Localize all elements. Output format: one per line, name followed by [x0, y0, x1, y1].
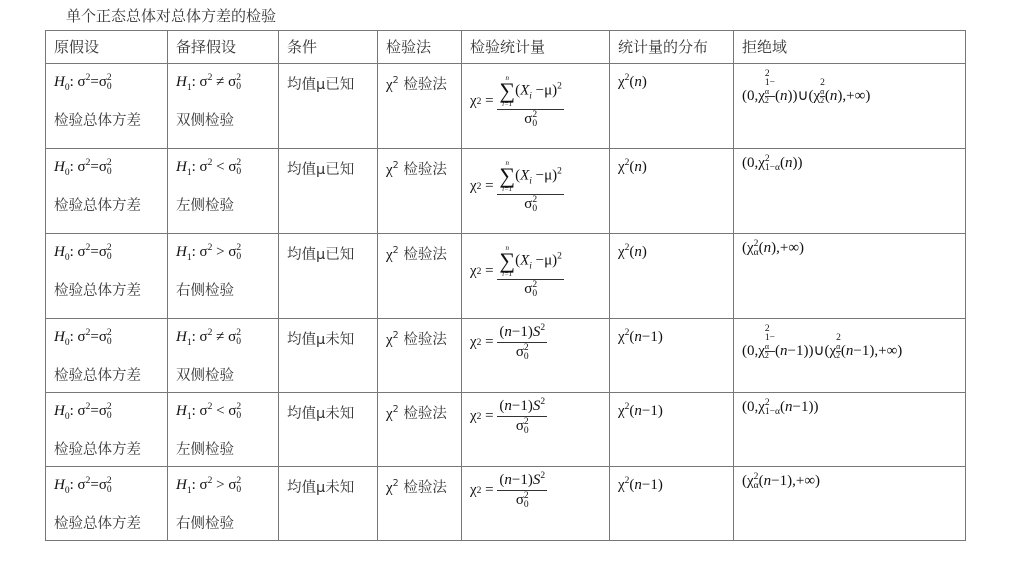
condition-cell: 均值μ已知: [279, 64, 378, 149]
null-hypothesis-formula: H0: σ2=σ20: [54, 73, 167, 99]
rejection-region-formula: (0,χ21−α(n−1)): [742, 399, 965, 417]
condition-text: 均值μ未知: [287, 402, 377, 428]
null-hypothesis-cell: H0: σ2=σ20检验总体方差: [46, 234, 168, 319]
method-text: χ2 检验法: [386, 73, 461, 99]
alt-hypothesis-cell: H1: σ2 ≠ σ20双侧检验: [168, 64, 279, 149]
statistic-cell: χ2 = n∑i=1(Xi −μ)2σ20: [462, 64, 610, 149]
method-text: χ2 检验法: [386, 476, 461, 502]
alt-hypothesis-desc: 右侧检验: [176, 512, 278, 533]
statistic-cell: χ2 = (n−1)S2σ20: [462, 319, 610, 393]
header-null-hypothesis: 原假设: [46, 31, 168, 64]
alt-hypothesis-formula: H1: σ2 ≠ σ20: [176, 73, 278, 99]
null-hypothesis-cell: H0: σ2=σ20检验总体方差: [46, 467, 168, 541]
alt-hypothesis-formula: H1: σ2 < σ20: [176, 402, 278, 428]
rejection-region-cell: (0,χ21−α(n)): [734, 149, 966, 234]
condition-text: 均值μ未知: [287, 328, 377, 354]
method-cell: χ2 检验法: [378, 234, 462, 319]
rejection-region-cell: (0,χ21−α2(n))∪(χ2α2(n),+∞): [734, 64, 966, 149]
null-hypothesis-cell: H0: σ2=σ20检验总体方差: [46, 319, 168, 393]
variance-test-table: 原假设 备择假设 条件 检验法 检验统计量 统计量的分布 拒绝域 H0: σ2=…: [45, 30, 966, 541]
distribution-cell: χ2(n): [610, 149, 734, 234]
distribution-formula: χ2(n−1): [618, 402, 733, 428]
null-hypothesis-cell: H0: σ2=σ20检验总体方差: [46, 64, 168, 149]
null-hypothesis-desc: 检验总体方差: [54, 279, 167, 300]
null-hypothesis-formula: H0: σ2=σ20: [54, 476, 167, 502]
method-text: χ2 检验法: [386, 243, 461, 269]
statistic-cell: χ2 = n∑i=1(Xi −μ)2σ20: [462, 234, 610, 319]
alt-hypothesis-cell: H1: σ2 > σ20右侧检验: [168, 234, 279, 319]
rejection-region-cell: (0,χ21−α2(n−1))∪(χ2α2(n−1),+∞): [734, 319, 966, 393]
alt-hypothesis-desc: 双侧检验: [176, 364, 278, 385]
rejection-region-cell: (χ2α(n),+∞): [734, 234, 966, 319]
null-hypothesis-desc: 检验总体方差: [54, 109, 167, 130]
header-alt-hypothesis: 备择假设: [168, 31, 279, 64]
null-hypothesis-formula: H0: σ2=σ20: [54, 243, 167, 269]
table-row: H0: σ2=σ20检验总体方差H1: σ2 < σ20左侧检验均值μ未知χ2 …: [46, 393, 966, 467]
rejection-region-cell: (0,χ21−α(n−1)): [734, 393, 966, 467]
table-row: H0: σ2=σ20检验总体方差H1: σ2 < σ20左侧检验均值μ已知χ2 …: [46, 149, 966, 234]
distribution-formula: χ2(n): [618, 243, 733, 269]
condition-text: 均值μ未知: [287, 476, 377, 502]
distribution-cell: χ2(n−1): [610, 319, 734, 393]
method-cell: χ2 检验法: [378, 149, 462, 234]
statistic-cell: χ2 = (n−1)S2σ20: [462, 393, 610, 467]
distribution-cell: χ2(n): [610, 64, 734, 149]
rejection-region-formula: (χ2α(n),+∞): [742, 240, 965, 258]
header-condition: 条件: [279, 31, 378, 64]
alt-hypothesis-cell: H1: σ2 ≠ σ20双侧检验: [168, 319, 279, 393]
distribution-formula: χ2(n−1): [618, 476, 733, 502]
method-text: χ2 检验法: [386, 158, 461, 184]
alt-hypothesis-desc: 左侧检验: [176, 438, 278, 459]
document-title: 单个正态总体对总体方差的检验: [66, 5, 276, 26]
rejection-region-cell: (χ2α(n−1),+∞): [734, 467, 966, 541]
null-hypothesis-formula: H0: σ2=σ20: [54, 158, 167, 184]
alt-hypothesis-formula: H1: σ2 < σ20: [176, 158, 278, 184]
alt-hypothesis-desc: 右侧检验: [176, 279, 278, 300]
null-hypothesis-cell: H0: σ2=σ20检验总体方差: [46, 149, 168, 234]
header-rejection-region: 拒绝域: [734, 31, 966, 64]
condition-cell: 均值μ未知: [279, 467, 378, 541]
distribution-cell: χ2(n): [610, 234, 734, 319]
null-hypothesis-desc: 检验总体方差: [54, 438, 167, 459]
alt-hypothesis-formula: H1: σ2 ≠ σ20: [176, 328, 278, 354]
distribution-cell: χ2(n−1): [610, 467, 734, 541]
rejection-region-formula: (0,χ21−α(n)): [742, 155, 965, 173]
table-row: H0: σ2=σ20检验总体方差H1: σ2 > σ20右侧检验均值μ未知χ2 …: [46, 467, 966, 541]
method-cell: χ2 检验法: [378, 64, 462, 149]
alt-hypothesis-formula: H1: σ2 > σ20: [176, 243, 278, 269]
rejection-region-formula: (χ2α(n−1),+∞): [742, 473, 965, 491]
method-text: χ2 检验法: [386, 328, 461, 354]
alt-hypothesis-cell: H1: σ2 < σ20左侧检验: [168, 393, 279, 467]
null-hypothesis-desc: 检验总体方差: [54, 364, 167, 385]
distribution-cell: χ2(n−1): [610, 393, 734, 467]
table-header-row: 原假设 备择假设 条件 检验法 检验统计量 统计量的分布 拒绝域: [46, 31, 966, 64]
alt-hypothesis-desc: 左侧检验: [176, 194, 278, 215]
null-hypothesis-desc: 检验总体方差: [54, 512, 167, 533]
condition-text: 均值μ已知: [287, 158, 377, 184]
condition-text: 均值μ已知: [287, 243, 377, 269]
null-hypothesis-formula: H0: σ2=σ20: [54, 328, 167, 354]
method-text: χ2 检验法: [386, 402, 461, 428]
distribution-formula: χ2(n): [618, 158, 733, 184]
header-method: 检验法: [378, 31, 462, 64]
table-row: H0: σ2=σ20检验总体方差H1: σ2 ≠ σ20双侧检验均值μ未知χ2 …: [46, 319, 966, 393]
alt-hypothesis-cell: H1: σ2 > σ20右侧检验: [168, 467, 279, 541]
statistic-cell: χ2 = (n−1)S2σ20: [462, 467, 610, 541]
statistic-cell: χ2 = n∑i=1(Xi −μ)2σ20: [462, 149, 610, 234]
header-distribution: 统计量的分布: [610, 31, 734, 64]
condition-cell: 均值μ未知: [279, 393, 378, 467]
alt-hypothesis-cell: H1: σ2 < σ20左侧检验: [168, 149, 279, 234]
rejection-region-formula: (0,χ21−α2(n))∪(χ2α2(n),+∞): [742, 70, 965, 105]
alt-hypothesis-formula: H1: σ2 > σ20: [176, 476, 278, 502]
condition-text: 均值μ已知: [287, 73, 377, 99]
table-row: H0: σ2=σ20检验总体方差H1: σ2 ≠ σ20双侧检验均值μ已知χ2 …: [46, 64, 966, 149]
method-cell: χ2 检验法: [378, 319, 462, 393]
condition-cell: 均值μ已知: [279, 149, 378, 234]
distribution-formula: χ2(n−1): [618, 328, 733, 354]
method-cell: χ2 检验法: [378, 393, 462, 467]
table-row: H0: σ2=σ20检验总体方差H1: σ2 > σ20右侧检验均值μ已知χ2 …: [46, 234, 966, 319]
null-hypothesis-cell: H0: σ2=σ20检验总体方差: [46, 393, 168, 467]
condition-cell: 均值μ已知: [279, 234, 378, 319]
null-hypothesis-formula: H0: σ2=σ20: [54, 402, 167, 428]
method-cell: χ2 检验法: [378, 467, 462, 541]
condition-cell: 均值μ未知: [279, 319, 378, 393]
alt-hypothesis-desc: 双侧检验: [176, 109, 278, 130]
rejection-region-formula: (0,χ21−α2(n−1))∪(χ2α2(n−1),+∞): [742, 325, 965, 360]
header-statistic: 检验统计量: [462, 31, 610, 64]
distribution-formula: χ2(n): [618, 73, 733, 99]
null-hypothesis-desc: 检验总体方差: [54, 194, 167, 215]
